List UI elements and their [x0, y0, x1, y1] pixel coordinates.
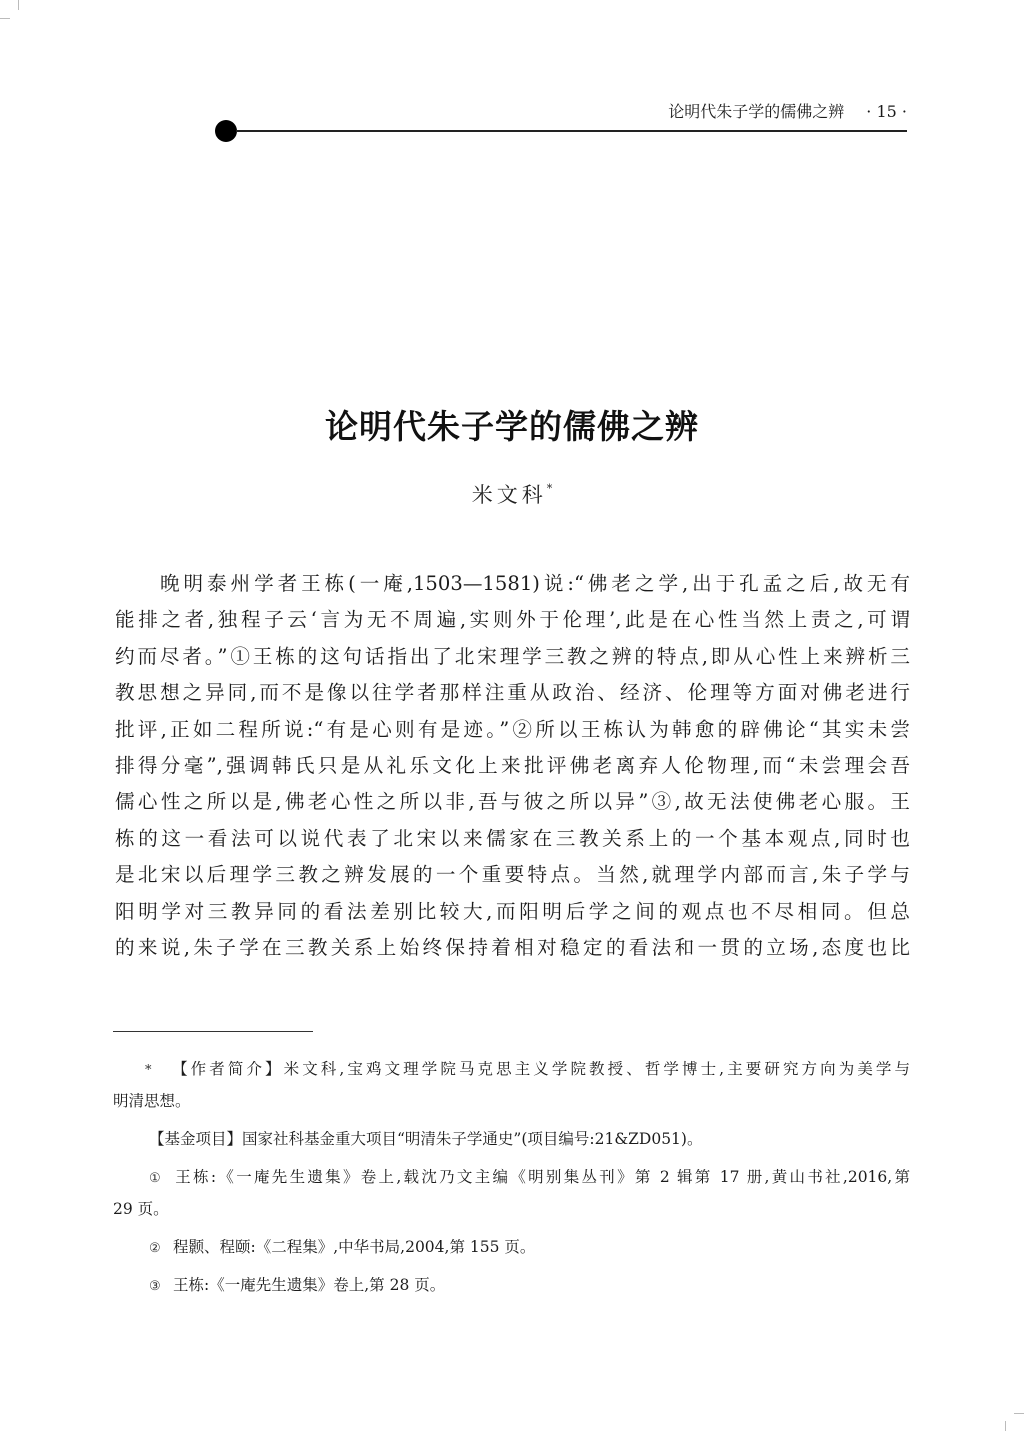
- author-line: 米文科*: [0, 474, 1024, 510]
- body-line: 能排之者,独程子云‘言为无不周遍,实则外于伦理’,此是在心性当然上责之,可谓: [115, 602, 910, 638]
- footnote-marker-2: ②: [149, 1233, 173, 1265]
- header-rule: [236, 130, 907, 132]
- body-line: 是北宋以后理学三教之辨发展的一个重要特点。当然,就理学内部而言,朱子学与: [115, 857, 910, 893]
- footnote-separator: [113, 1031, 313, 1032]
- footnote-marker-asterisk: *: [145, 1055, 169, 1087]
- footnote-3: ③王栋:《一庵先生遗集》卷上,第 28 页。: [113, 1269, 910, 1301]
- footnote-marker-1: ①: [149, 1163, 173, 1195]
- body-line: 教思想之异同,而不是像以往学者那样注重从政治、经济、伦理等方面对佛老进行: [115, 675, 910, 711]
- author-note-marker[interactable]: *: [547, 482, 553, 495]
- footnote-1-continued: 29 页。: [113, 1193, 910, 1225]
- author-name: 米文科: [472, 483, 547, 507]
- document-page: 论明代朱子学的儒佛之辨· 15 · 论明代朱子学的儒佛之辨 米文科* 晚明泰州学…: [0, 0, 1024, 1431]
- running-header-title: 论明代朱子学的儒佛之辨: [668, 102, 844, 121]
- body-line: 批评,正如二程所说:“有是心则有是迹。”②所以王栋认为韩愈的辟佛论“其实未尝: [115, 712, 910, 748]
- body-line: 阳明学对三教异同的看法差别比较大,而阳明后学之间的观点也不尽相同。但总: [115, 894, 910, 930]
- author-note-text: 【作者简介】米文科,宝鸡文理学院马克思主义学院教授、哲学博士,主要研究方向为美学…: [169, 1060, 910, 1078]
- crop-mark-top-left-h: [0, 18, 10, 19]
- crop-mark-bottom-right-h: [1014, 1413, 1024, 1414]
- crop-mark-bottom-right: [1005, 1421, 1006, 1431]
- body-line: 排得分毫”,强调韩氏只是从礼乐文化上来批评佛老离弃人伦物理,而“未尝理会吾: [115, 748, 910, 784]
- body-line: 约而尽者。”①王栋的这句话指出了北宋理学三教之辨的特点,即从心性上来辨析三: [115, 639, 910, 675]
- body-line: 儒心性之所以是,佛老心性之所以非,吾与彼之所以异”③,故无法使佛老心服。王: [115, 784, 910, 820]
- crop-mark-top-left: [18, 0, 19, 10]
- fund-note: 【基金项目】国家社科基金重大项目“明清朱子学通史”(项目编号:21&ZD051)…: [113, 1123, 910, 1155]
- footnote-1: ①王栋:《一庵先生遗集》卷上,载沈乃文主编《明别集丛刊》第 2 辑第 17 册,…: [113, 1161, 910, 1193]
- footnote-2: ②程颢、程颐:《二程集》,中华书局,2004,第 155 页。: [113, 1231, 910, 1263]
- article-title: 论明代朱子学的儒佛之辨: [0, 403, 1024, 451]
- author-note: *【作者简介】米文科,宝鸡文理学院马克思主义学院教授、哲学博士,主要研究方向为美…: [113, 1053, 910, 1085]
- footnote-3-text: 王栋:《一庵先生遗集》卷上,第 28 页。: [173, 1276, 445, 1294]
- author-note-continued: 明清思想。: [113, 1085, 910, 1117]
- page-number: · 15 ·: [866, 102, 907, 121]
- body-line: 的来说,朱子学在三教关系上始终保持着相对稳定的看法和一贯的立场,态度也比: [115, 930, 910, 966]
- footnote-1-text: 王栋:《一庵先生遗集》卷上,载沈乃文主编《明别集丛刊》第 2 辑第 17 册,黄…: [173, 1168, 910, 1186]
- running-header: 论明代朱子学的儒佛之辨· 15 ·: [560, 101, 907, 123]
- body-line: 晚明泰州学者王栋(一庵,1503—1581)说:“佛老之学,出于孔孟之后,故无有: [115, 566, 910, 602]
- footnote-marker-3: ③: [149, 1271, 173, 1303]
- body-line: 栋的这一看法可以说代表了北宋以来儒家在三教关系上的一个基本观点,同时也: [115, 821, 910, 857]
- body-paragraph: 晚明泰州学者王栋(一庵,1503—1581)说:“佛老之学,出于孔孟之后,故无有…: [115, 566, 910, 966]
- footnote-2-text: 程颢、程颐:《二程集》,中华书局,2004,第 155 页。: [173, 1238, 535, 1256]
- header-bullet-dot: [215, 120, 237, 142]
- footnotes: *【作者简介】米文科,宝鸡文理学院马克思主义学院教授、哲学博士,主要研究方向为美…: [113, 1053, 910, 1301]
